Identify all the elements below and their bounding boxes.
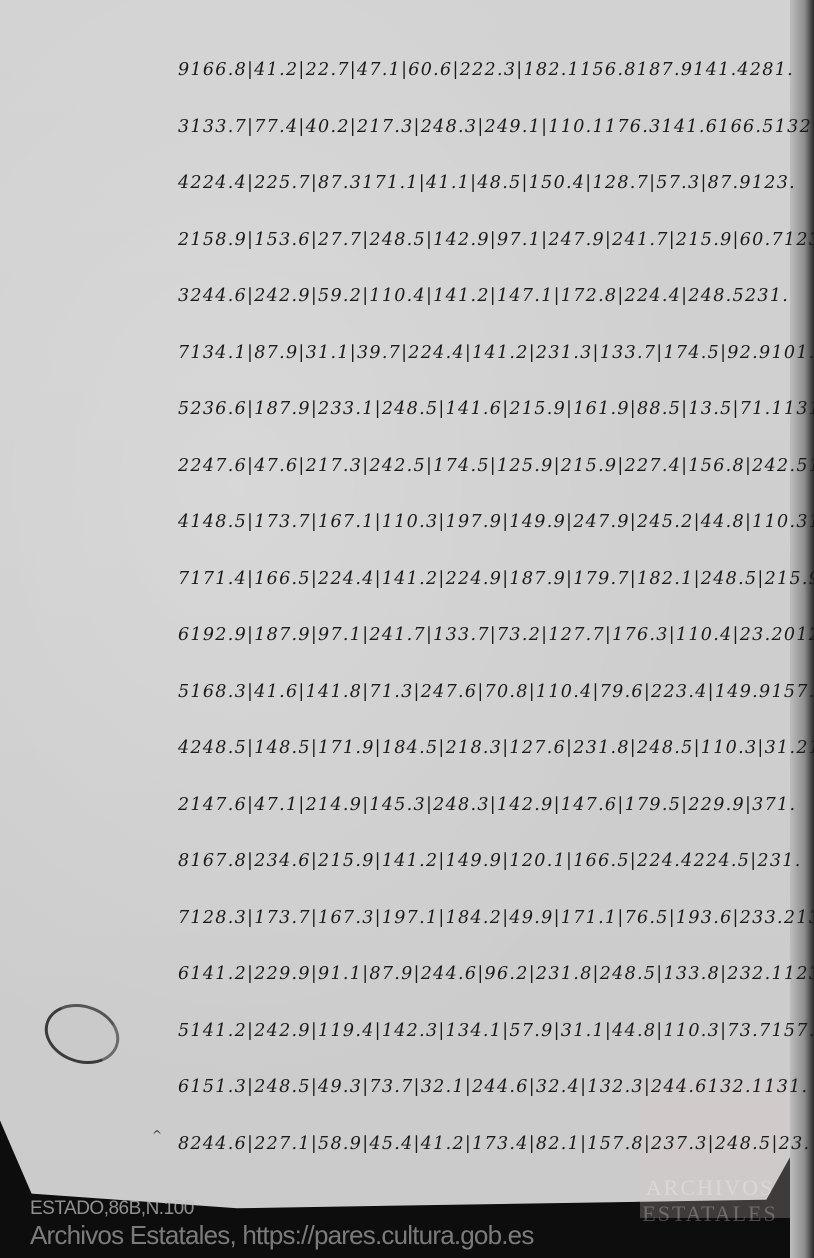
cipher-line: 2247.6|47.6|217.3|242.5|174.5|125.9|215.… (178, 438, 778, 495)
cipher-line: 8244.6|227.1|58.9|45.4|41.2|173.4|82.1|1… (178, 1116, 778, 1173)
cipher-line: 6151.3|248.5|49.3|73.7|32.1|244.6|32.4|1… (178, 1059, 778, 1116)
cipher-line: 9166.8|41.2|22.7|47.1|60.6|222.3|182.115… (178, 42, 778, 99)
cipher-line: 8167.8|234.6|215.9|141.2|149.9|120.1|166… (178, 833, 778, 890)
cipher-line: 4224.4|225.7|87.3171.1|41.1|48.5|150.4|1… (178, 155, 778, 212)
cipher-line: 7134.1|87.9|31.1|39.7|224.4|141.2|231.3|… (178, 325, 778, 382)
cipher-text-block: 9166.8|41.2|22.7|47.1|60.6|222.3|182.115… (178, 42, 778, 1172)
cipher-line: 7171.4|166.5|224.4|141.2|224.9|187.9|179… (178, 551, 778, 608)
cipher-line: 4148.5|173.7|167.1|110.3|197.9|149.9|247… (178, 494, 778, 551)
cipher-line: 5168.3|41.6|141.8|71.3|247.6|70.8|110.4|… (178, 664, 778, 721)
cipher-line: 4248.5|148.5|171.9|184.5|218.3|127.6|231… (178, 720, 778, 777)
cipher-line: 3244.6|242.9|59.2|110.4|141.2|147.1|172.… (178, 268, 778, 325)
archive-reference-watermark: ESTADO,86B,N.100 (30, 1198, 194, 1220)
cipher-line: 3133.7|77.4|40.2|217.3|248.3|249.1|110.1… (178, 99, 778, 156)
cipher-line: 6192.9|187.9|97.1|241.7|133.7|73.2|127.7… (178, 607, 778, 664)
cipher-line: 5236.6|187.9|233.1|248.5|141.6|215.9|161… (178, 381, 778, 438)
cipher-line: 6141.2|229.9|91.1|87.9|244.6|96.2|231.8|… (178, 946, 778, 1003)
margin-mark: ^ (152, 1128, 162, 1142)
cipher-line: 5141.2|242.9|119.4|142.3|134.1|57.9|31.1… (178, 1003, 778, 1060)
archive-source-watermark: Archivos Estatales, https://pares.cultur… (30, 1220, 534, 1251)
archive-logo-watermark: ARCHIVOS ESTATALES (640, 1175, 780, 1235)
cipher-line: 2147.6|47.1|214.9|145.3|248.3|142.9|147.… (178, 777, 778, 834)
cipher-line: 2158.9|153.6|27.7|248.5|142.9|97.1|247.9… (178, 212, 778, 269)
cipher-line: 7128.3|173.7|167.3|197.1|184.2|49.9|171.… (178, 890, 778, 947)
